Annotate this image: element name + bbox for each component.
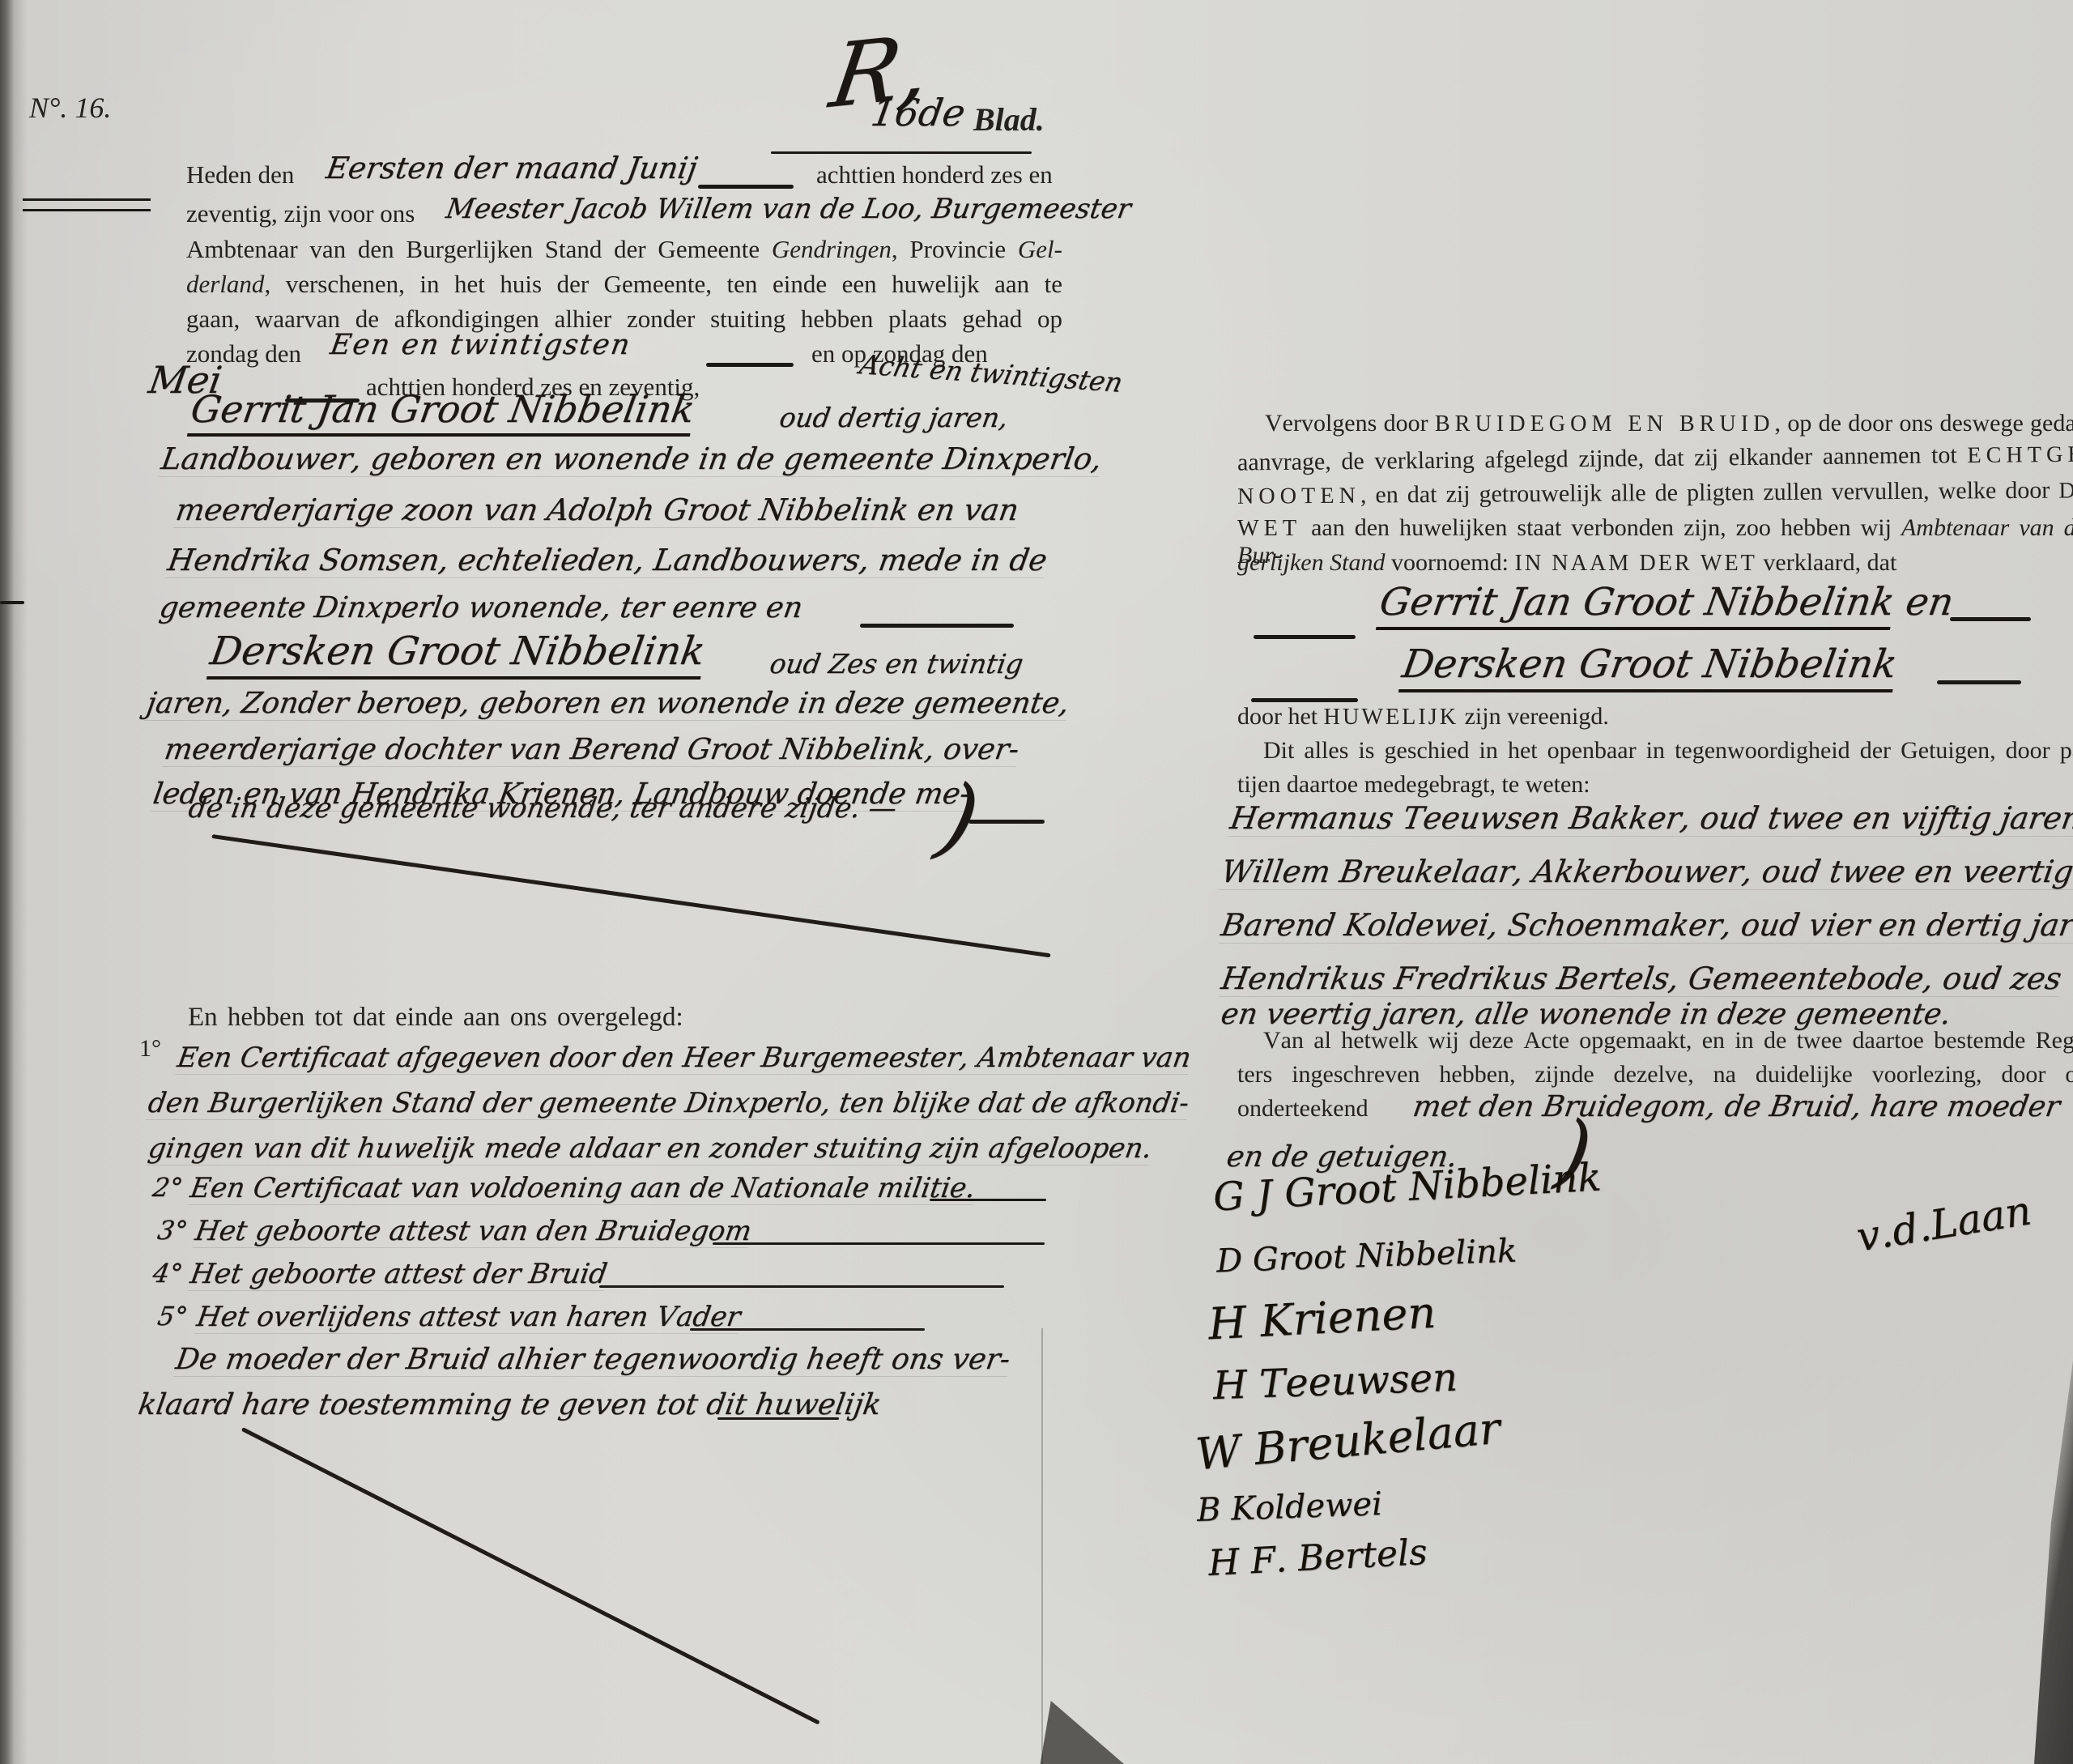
union-line1b-huwelijk: HUWELIJK [1324, 705, 1458, 730]
declaration-line2b-echtgenooten: ECHTGE- [1967, 441, 2073, 468]
strikeout-line-upper [211, 834, 1050, 957]
couple-groom-name: Gerrit Jan Groot Nibbelink en [1377, 580, 1956, 624]
declaration-line2a: aanvrage, de verklaring afgelegd zijnde,… [1237, 441, 1968, 475]
doc-item2-number: 2° [151, 1172, 185, 1203]
doc-item1-line1: Een Certificaat afgegeven door den Heer … [175, 1042, 1194, 1075]
header-blad-label: Blad. [973, 100, 1045, 138]
bride-name-lead-dash [1251, 698, 1358, 702]
groom-line4: Hendrika Somsen, echtelieden, Landbouwer… [165, 543, 1049, 578]
intro-line1-print: Heden den [186, 160, 294, 190]
declaration-line2: aanvrage, de verklaring afgelegd zijnde,… [1237, 440, 2073, 476]
closing-line3-print: onderteekend [1237, 1095, 1369, 1123]
doc-item5-line: Het overlijdens attest van haren Vader [194, 1301, 743, 1334]
documents-heading: En hebben tot dat einde aan ons overgele… [188, 1003, 683, 1033]
union-line3: tijen daartoe medegebragt, te weten: [1237, 771, 1590, 799]
doc-item1-number: 1° [139, 1035, 161, 1063]
doc-item2-line: Een Certificaat van voldoening aan de Na… [188, 1172, 977, 1205]
intro-line4b: , verschenen, in het huis der Gemeente, … [264, 270, 1062, 298]
groom-line3: meerderjarige zoon van Adolph Groot Nibb… [173, 492, 1021, 528]
doc-item4-dash [599, 1285, 1004, 1288]
intro-line3a: Ambtenaar van den Burgerlijken Stand der… [186, 235, 772, 263]
closing-line3-hand: met den Bruidegom, de Bruid, hare moeder [1411, 1090, 2062, 1123]
declaration-line5: gerlijken Stand voornoemd: IN NAAM DER W… [1237, 549, 1896, 577]
declaration-line3c-de: DE [2058, 478, 2073, 503]
union-line2: Dit alles is geschied in het openbaar in… [1263, 737, 2073, 765]
act-number-double-rule [23, 198, 151, 211]
couple-groom-name-text: Gerrit Jan Groot Nibbelink [1376, 580, 1897, 630]
couple-bride-name: Dersken Groot Nibbelink [1399, 641, 1901, 687]
bride-line2: jaren, Zonder beroep, geboren en wonende… [144, 687, 1071, 721]
groom-line5: gemeente Dinxperlo wonende, ter eenre en [157, 591, 805, 624]
intro-line4: derland, verschenen, in het huis der Gem… [186, 270, 1062, 299]
intro-line6-hand-date2: Acht en twintigsten [857, 348, 1126, 398]
doc-item3-dash [713, 1242, 1045, 1245]
intro-line3c: , Provincie [892, 235, 1018, 263]
consent-dash [717, 1417, 839, 1420]
bride-name: Dersken Groot Nibbelink [207, 628, 709, 674]
doc-item1-line2: den Burgerlijken Stand der gemeente Dinx… [146, 1087, 1191, 1120]
intro-line1-hand-date: Eersten der maand Junij [324, 151, 700, 185]
declaration-line4a-wet: WET [1237, 516, 1301, 541]
groom-line1-rest: oud dertig jaren, [777, 402, 1011, 433]
witness-line4: Hendrikus Fredrikus Bertels, Gemeentebod… [1219, 961, 2064, 997]
witness-line5: en veertig jaren, alle wonende in deze g… [1219, 998, 1953, 1031]
intro-line2-print: zeventig, zijn voor ons [186, 199, 415, 228]
declaration-line5b: voornoemd: [1385, 549, 1514, 576]
groom-name-lead-dash [1254, 635, 1356, 639]
page-fold-corner [1035, 1697, 1124, 1764]
header-rule [771, 151, 1032, 154]
groom-name: Gerrit Jan Groot Nibbelink [188, 387, 698, 431]
doc-item4-line: Het geboorte attest der Bruid [188, 1258, 610, 1291]
union-line1: door het HUWELIJK zijn vereenigd. [1237, 703, 1609, 731]
book-gutter-shadow [0, 0, 28, 1764]
declaration-line5d: verklaard, dat [1757, 549, 1896, 576]
consent-line2: klaard hare toestemming te geven tot dit… [136, 1388, 883, 1421]
intro-line6-filler-dash [706, 363, 794, 367]
bride-line5: de in deze gemeente wonende, ter andere … [186, 792, 899, 824]
groom-end-dash [860, 624, 1014, 628]
couple-groom-suffix: en [1903, 580, 1957, 624]
intro-line6-hand-date1: Een en twintigsten [328, 329, 633, 361]
consent-line1: De moeder der Bruid alhier tegenwoordig … [173, 1343, 1012, 1377]
doc-item5-number: 5° [155, 1301, 189, 1332]
signature-official-vdlaan: v.d.Laan [1854, 1187, 2034, 1260]
doc-item4-number: 4° [151, 1258, 185, 1289]
intro-line3d: Gel- [1018, 235, 1062, 263]
declaration-line1b-bruidegom-en-bruid: BRUIDEGOM EN BRUID [1435, 411, 1775, 437]
declaration-line5a: gerlijken Stand [1237, 549, 1385, 576]
groom-name-trail-dash [1950, 617, 2031, 621]
union-line1a: door het [1237, 703, 1324, 730]
signature-krienen: H Krienen [1207, 1287, 1437, 1350]
doc-item3-number: 3° [155, 1215, 189, 1246]
bride-name-trail-dash [1937, 680, 2021, 684]
declaration-line4b: aan den huwelijken staat verbonden zijn,… [1301, 514, 1901, 541]
doc-item3-line: Het geboorte attest van den Bruidegom [193, 1215, 754, 1248]
doc-item2-dash [930, 1199, 1046, 1201]
intro-line3: Ambtenaar van den Burgerlijken Stand der… [186, 235, 1062, 264]
intro-line4a-gelderland: derland [186, 270, 264, 298]
bride-line1-rest: oud Zes en twintig [768, 648, 1025, 680]
declaration-line1a: Vervolgens door [1265, 410, 1435, 437]
intro-line3b-gendringen: Gendringen [772, 235, 892, 263]
union-line1c: zijn vereenigd. [1458, 703, 1609, 730]
margin-dash [0, 601, 24, 604]
witness-line2: Willem Breukelaar, Akkerbouwer, oud twee… [1219, 854, 2073, 890]
doc-item5-dash [690, 1328, 925, 1331]
declaration-line1c: , op de door ons deswege gedane [1775, 410, 2073, 437]
strikeout-line-lower [241, 1427, 820, 1725]
signature-koldewei: B Koldewei [1196, 1485, 1382, 1529]
closing-line2: ters ingeschreven hebben, zijnde dezelve… [1237, 1061, 2073, 1089]
couple-bride-name-text: Dersken Groot Nibbelink [1398, 641, 1901, 692]
witness-line3: Barend Koldewei, Schoenmaker, oud vier e… [1219, 907, 2073, 944]
marriage-certificate-scan: N°. 16. R, 16de Blad. Heden den Eersten … [0, 0, 2073, 1764]
intro-line1-filler-dash [698, 185, 794, 189]
signature-bertels: H F. Bertels [1207, 1532, 1428, 1584]
witness-line1: Hermanus Teeuwsen Bakker, oud twee en vi… [1228, 800, 2073, 837]
doc-item1-line3: gingen van dit huwelijk mede aldaar en z… [146, 1132, 1154, 1165]
intro-line1-print2: achttien honderd zes en [816, 160, 1053, 190]
header-sheet-number: 16de [868, 91, 968, 134]
declaration-line5c-in-naam-der-wet: IN NAAM DER WET [1514, 551, 1756, 576]
intro-line2-hand-official: Meester Jacob Willem van de Loo, Burgeme… [444, 193, 1133, 225]
closing-line1: Van al hetwelk wij deze Acte opgemaakt, … [1263, 1027, 2073, 1055]
declaration-line3a-nooten: NOOTEN [1237, 484, 1360, 509]
groom-name-text: Gerrit Jan Groot Nibbelink [187, 387, 698, 437]
bride-end-dash [968, 820, 1045, 824]
declaration-line3b: , en dat zij getrouwelijk alle de pligte… [1360, 477, 2059, 509]
signature-teeuwsen: H Teeuwsen [1212, 1355, 1458, 1409]
act-number: N°. 16. [29, 91, 111, 125]
declaration-line1: Vervolgens door BRUIDEGOM EN BRUID, op d… [1265, 410, 2073, 437]
declaration-line3: NOOTEN, en dat zij getrouwelijk alle de … [1237, 476, 2073, 509]
vertical-crease [1041, 1328, 1043, 1764]
page-edge-shadow [2024, 1361, 2073, 1764]
signature-bride: D Groot Nibbelink [1215, 1233, 1517, 1280]
bride-line3: meerderjarige dochter van Berend Groot N… [162, 733, 1021, 767]
signature-breukelaar: W Breukelaar [1194, 1403, 1502, 1481]
bride-name-text: Dersken Groot Nibbelink [206, 628, 709, 680]
groom-line2: Landbouwer, geboren en wonende in de gem… [159, 441, 1105, 477]
